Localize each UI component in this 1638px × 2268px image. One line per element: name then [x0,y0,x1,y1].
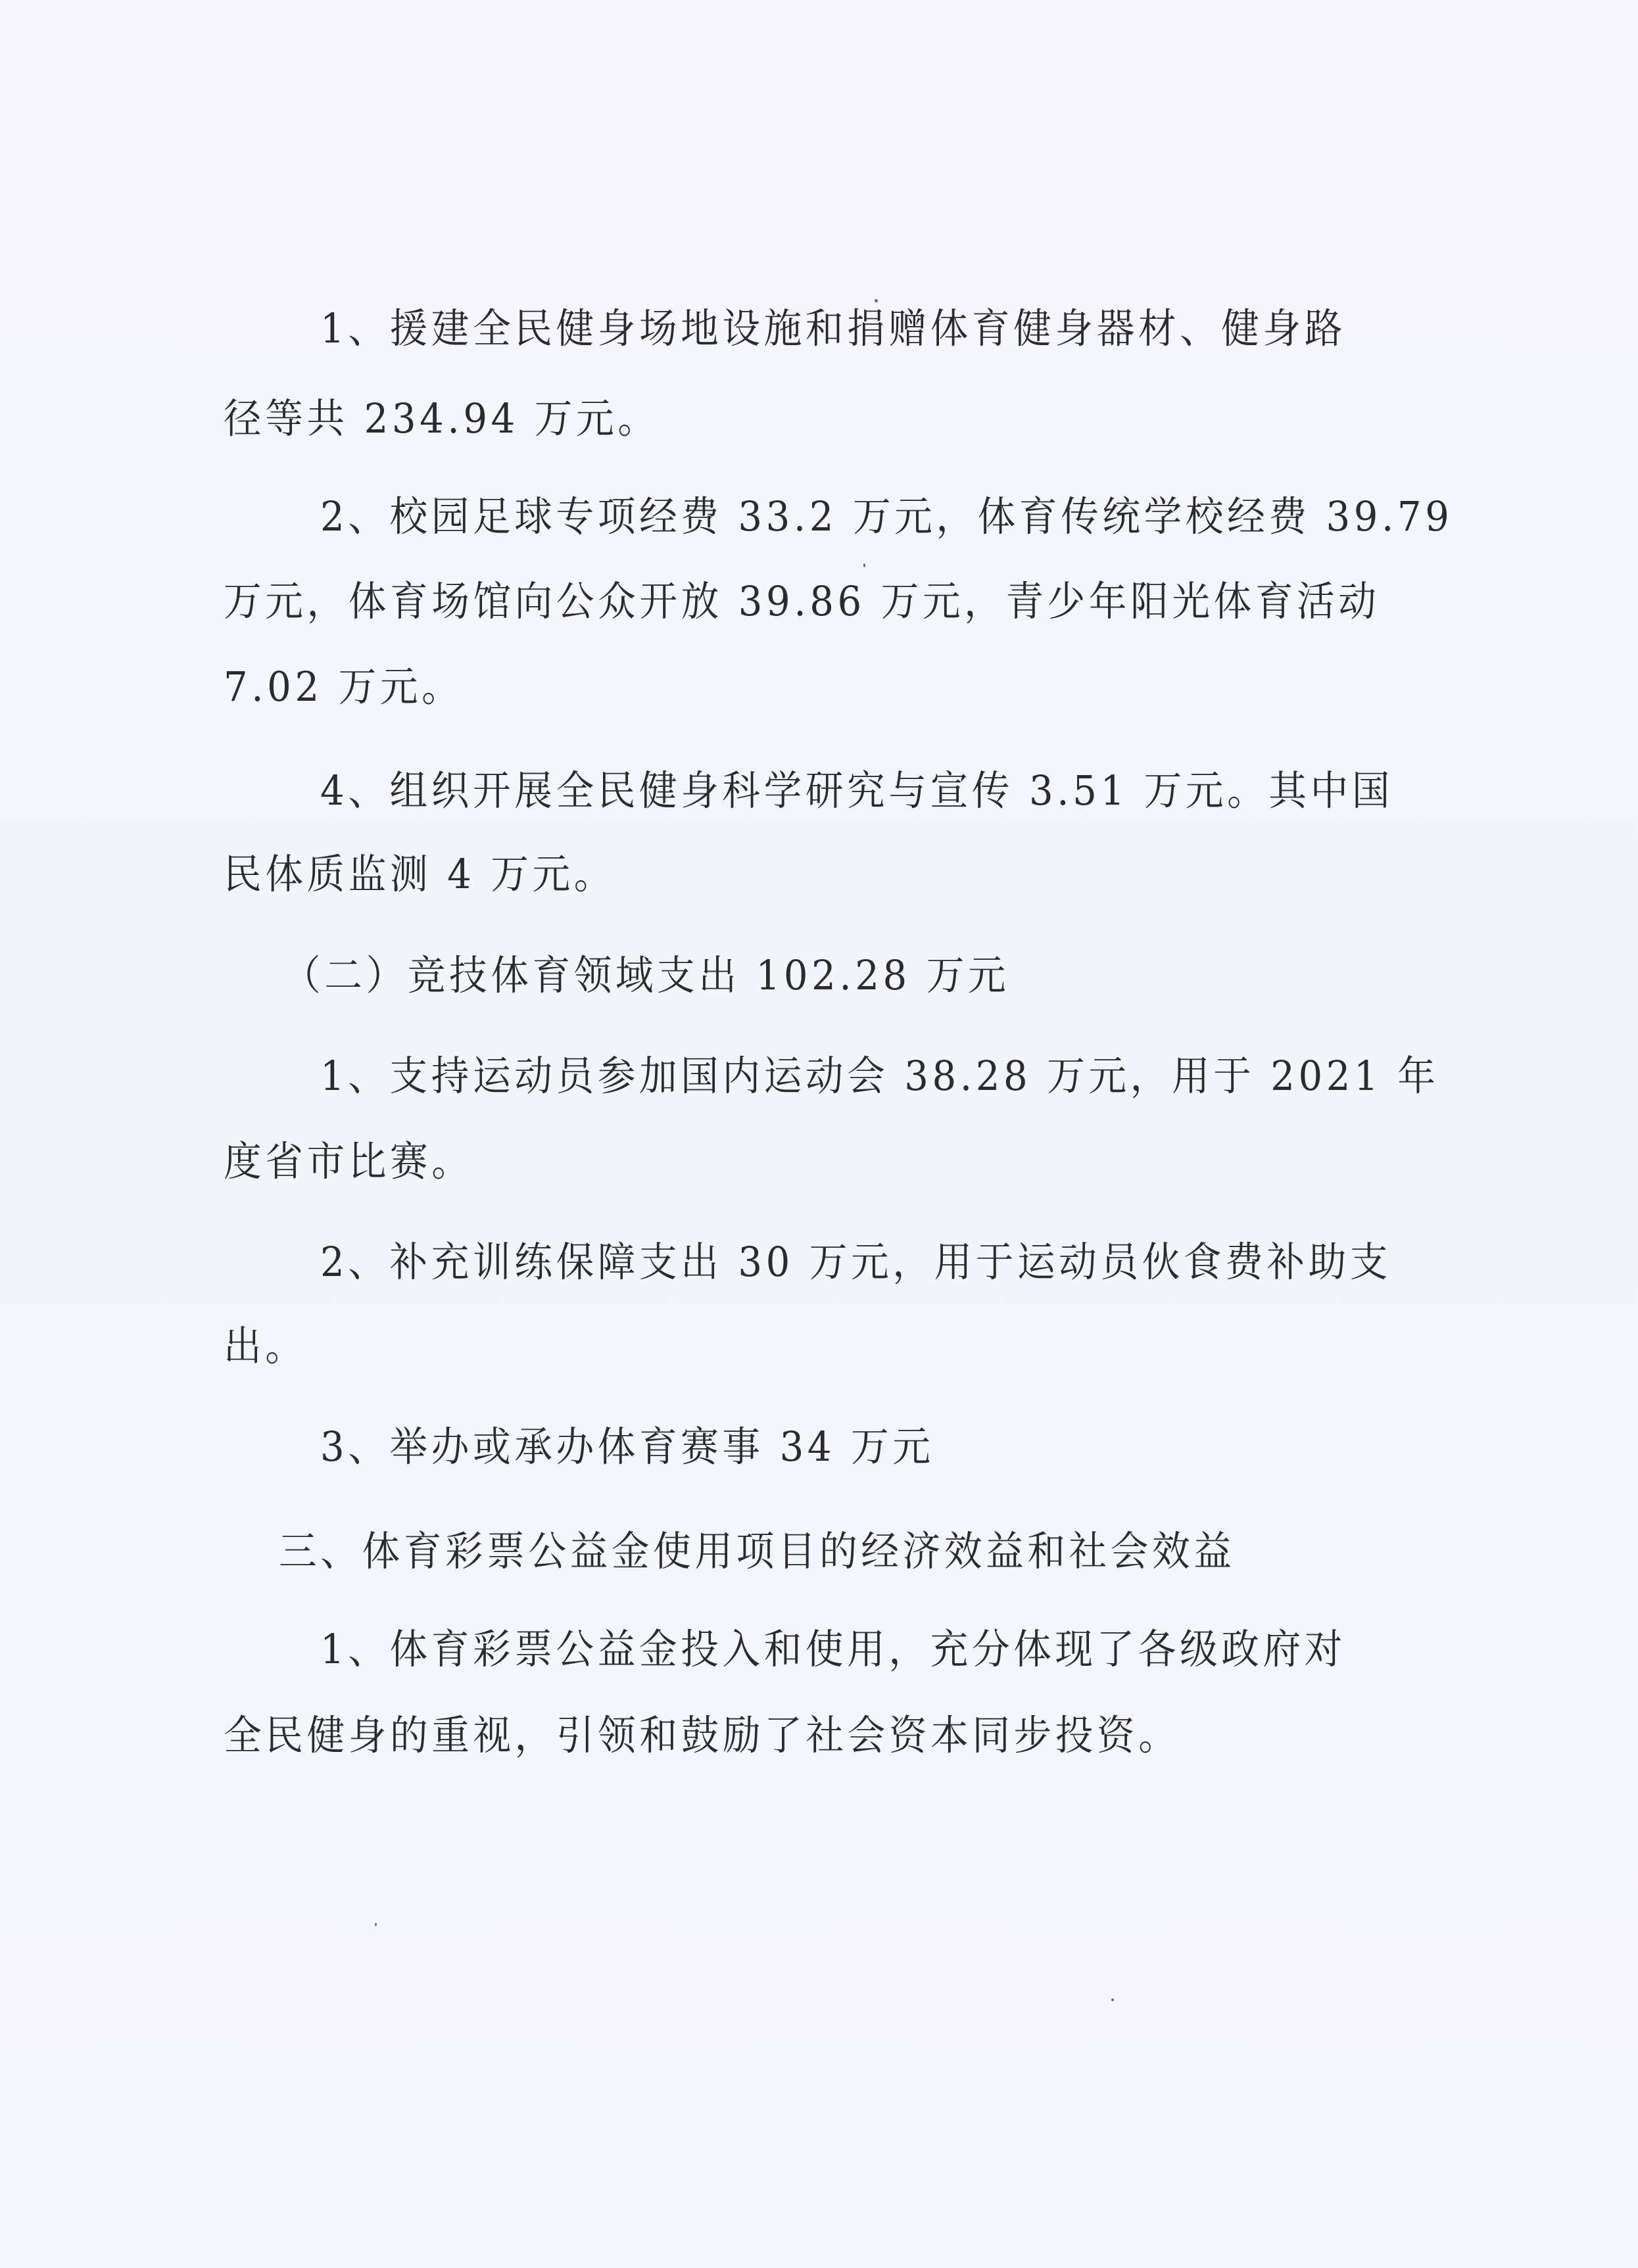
scanned-document-page: 1、援建全民健身场地设施和捐赠体育健身器材、健身路 径等共 234.94 万元。… [0,0,1638,2268]
section-heading-competitive-sports: （二）竞技体育领域支出 102.28 万元 [283,949,1009,1002]
section-heading-benefits: 三、体育彩票公益金使用项目的经济效益和社会效益 [279,1525,1236,1578]
paragraph-7-line-1: 1、体育彩票公益金投入和使用，充分体现了各级政府对 [320,1623,1346,1676]
scan-speck [375,1923,377,1926]
paragraph-4-line-1: 1、支持运动员参加国内运动会 38.28 万元，用于 2021 年 [320,1050,1439,1102]
paragraph-7-line-2: 全民健身的重视，引领和鼓励了社会资本同步投资。 [224,1709,1180,1762]
paragraph-5-line-1: 2、补充训练保障支出 30 万元，用于运动员伙食费补助支 [320,1236,1391,1288]
scan-speck [863,563,865,567]
paragraph-2-line-3: 7.02 万元。 [224,661,463,713]
scan-speck [1111,1998,1114,2001]
paragraph-5-line-2: 出。 [224,1320,306,1373]
paragraph-6-line-1: 3、举办或承办体育赛事 34 万元 [320,1421,934,1473]
paragraph-2-line-2: 万元，体育场馆向公众开放 39.86 万元，青少年阳光体育活动 [224,575,1380,628]
paragraph-3-line-2: 民体质监测 4 万元。 [224,848,615,901]
paragraph-1-line-2: 径等共 234.94 万元。 [224,392,659,445]
scan-speck [875,299,878,302]
paragraph-3-line-1: 4、组织开展全民健身科学研究与宣传 3.51 万元。其中国 [320,765,1393,817]
paragraph-1-line-1: 1、援建全民健身场地设施和捐赠体育健身器材、健身路 [320,302,1346,355]
paragraph-2-line-1: 2、校园足球专项经费 33.2 万元，体育传统学校经费 39.79 [320,490,1453,543]
paragraph-4-line-2: 度省市比赛。 [224,1135,473,1188]
